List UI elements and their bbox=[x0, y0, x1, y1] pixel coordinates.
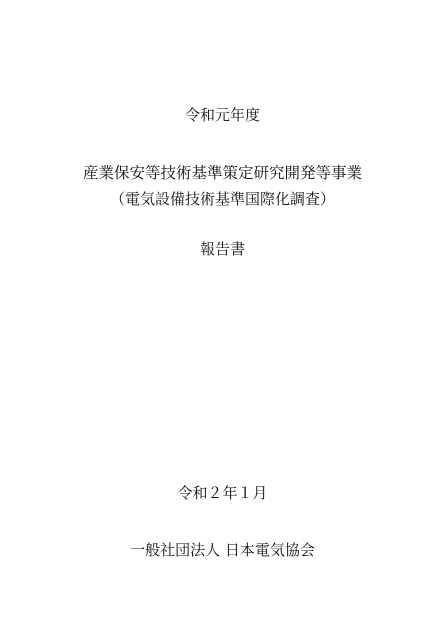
project-subtitle: （電気設備技術基準国際化調査） bbox=[0, 190, 445, 208]
fiscal-year-heading: 令和元年度 bbox=[0, 106, 445, 124]
publication-date: 令和２年１月 bbox=[0, 484, 445, 502]
publisher-organization: 一般社団法人 日本電気協会 bbox=[0, 541, 445, 559]
report-label: 報告書 bbox=[0, 240, 445, 258]
project-title: 産業保安等技術基準策定研究開発等事業 bbox=[0, 164, 445, 182]
